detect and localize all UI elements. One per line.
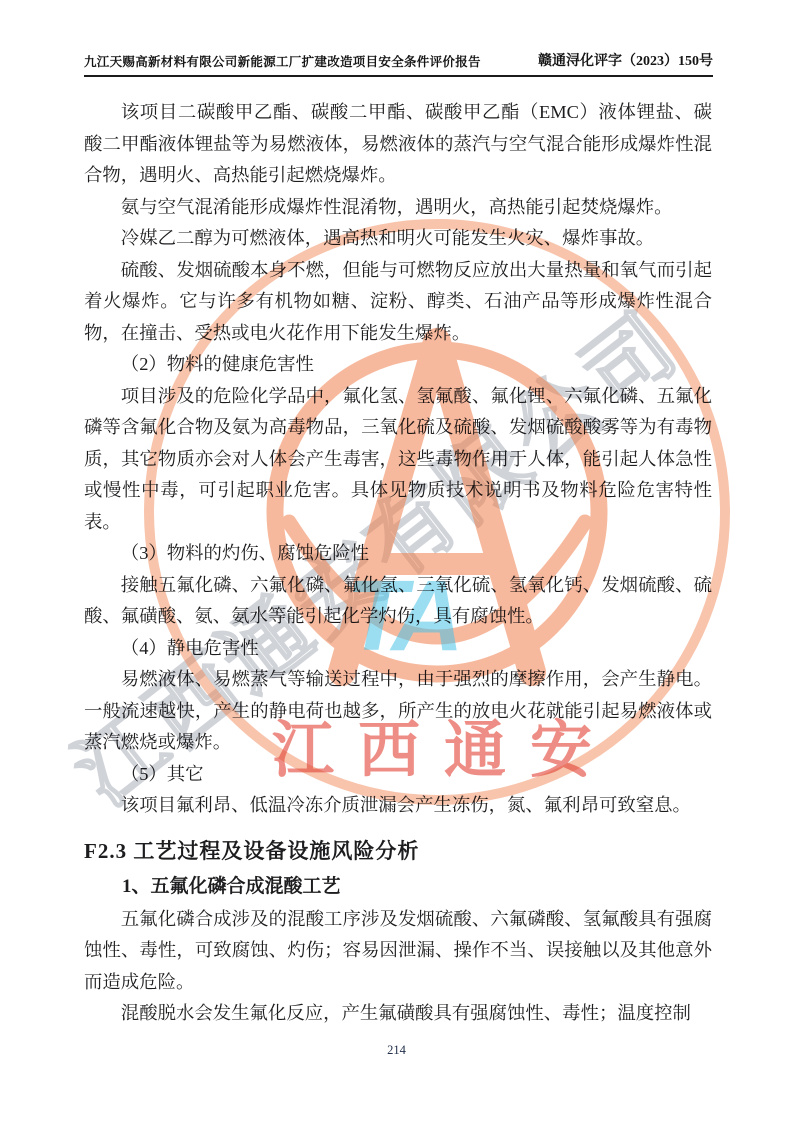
- paragraph: 冷媒乙二醇为可燃液体，遇高热和明火可能发生火灾、爆炸事故。: [84, 223, 712, 255]
- page-header: 九江天赐高新材料有限公司新能源工厂扩建改造项目安全条件评价报告 赣通浔化评字（2…: [84, 50, 713, 77]
- paragraph: （2）物料的健康危害性: [84, 349, 712, 381]
- paragraph: （5）其它: [84, 759, 712, 791]
- document-page: 九江天赐高新材料有限公司新能源工厂扩建改造项目安全条件评价报告 赣通浔化评字（2…: [0, 0, 793, 1122]
- paragraph: 接触五氟化磷、六氟化磷、氟化氢、三氧化硫、氢氧化钙、发烟硫酸、硫酸、氟磺酸、氨、…: [84, 570, 712, 633]
- header-document-number: 赣通浔化评字（2023）150号: [538, 50, 713, 70]
- paragraph: （3）物料的灼伤、腐蚀危险性: [84, 538, 712, 570]
- paragraph: 硫酸、发烟硫酸本身不燃，但能与可燃物反应放出大量热量和氧气而引起着火爆炸。它与许…: [84, 255, 712, 350]
- paragraph: 易燃液体、易燃蒸气等输送过程中，由于强烈的摩擦作用，会产生静电。一般流速越快，产…: [84, 664, 712, 759]
- page-number: 214: [0, 1043, 793, 1058]
- paragraph: （4）静电危害性: [84, 633, 712, 665]
- paragraph: 混酸脱水会发生氟化反应，产生氟磺酸具有强腐蚀性、毒性；温度控制: [84, 998, 712, 1030]
- section-heading: F2.3 工艺过程及设备设施风险分析: [84, 836, 712, 868]
- paragraph: 五氟化磷合成涉及的混酸工序涉及发烟硫酸、六氟磷酸、氢氟酸具有强腐蚀性、毒性，可致…: [84, 904, 712, 999]
- header-report-title: 九江天赐高新材料有限公司新能源工厂扩建改造项目安全条件评价报告: [84, 52, 481, 70]
- document-body: 该项目二碳酸甲乙酯、碳酸二甲酯、碳酸甲乙酯（EMC）液体锂盐、碳酸二甲酯液体锂盐…: [84, 97, 712, 1030]
- section-heading: 1、五氟化磷合成混酸工艺: [84, 871, 712, 903]
- paragraph: 氨与空气混淆能形成爆炸性混淆物，遇明火，高热能引起焚烧爆炸。: [84, 192, 712, 224]
- paragraph: 该项目氟利昂、低温冷冻介质泄漏会产生冻伤，氮、氟利昂可致窒息。: [84, 790, 712, 822]
- paragraph: 项目涉及的危险化学品中，氟化氢、氢氟酸、氟化锂、六氟化磷、五氟化磷等含氟化合物及…: [84, 381, 712, 539]
- paragraph: 该项目二碳酸甲乙酯、碳酸二甲酯、碳酸甲乙酯（EMC）液体锂盐、碳酸二甲酯液体锂盐…: [84, 97, 712, 192]
